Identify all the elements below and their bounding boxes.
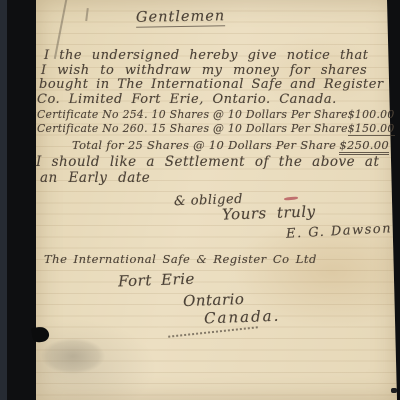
- body-line-2: I wish to withdraw my money for shares: [41, 63, 367, 78]
- certificate-line-2: Certificate No 260. 15 Shares @ 10 Dolla…: [37, 122, 389, 136]
- total-line: Total for 25 Shares @ 10 Dollars Per Sha…: [72, 138, 389, 155]
- body-line-5: I should like a Settlement of the above …: [36, 154, 379, 170]
- recipient-country: Canada.: [204, 307, 281, 328]
- recipient-company: The International Safe & Register Co Ltd: [44, 252, 317, 266]
- total-text: Total for 25 Shares @ 10 Dollars Per Sha…: [72, 138, 336, 155]
- body-line-4: Co. Limited Fort Erie, Ontario. Canada.: [37, 92, 337, 107]
- recipient-town: Fort Erie: [118, 270, 195, 291]
- body-line-6: an Early date: [40, 170, 150, 186]
- body-line-3: bought in The International Safe and Reg…: [39, 77, 384, 92]
- body-line-1: I the undersigned hereby give notice tha…: [44, 48, 369, 63]
- dark-speck: [391, 388, 397, 393]
- certificate-1-text: Certificate No 254. 10 Shares @ 10 Dolla…: [37, 108, 348, 121]
- valediction: Yours truly: [222, 202, 316, 223]
- scanned-letter-background: Gentlemen I the undersigned hereby give …: [0, 0, 400, 400]
- total-amount: $250.00: [339, 138, 389, 155]
- certificate-2-text: Certificate No 260. 15 Shares @ 10 Dolla…: [37, 122, 348, 136]
- salutation: Gentlemen: [136, 8, 226, 28]
- certificate-2-amount: $150.00: [348, 122, 395, 136]
- recipient-province: Ontario: [183, 290, 245, 310]
- certificate-line-1: Certificate No 254. 10 Shares @ 10 Dolla…: [37, 108, 389, 121]
- scan-left-edge: [0, 0, 7, 400]
- certificate-1-amount: $100.00: [348, 108, 395, 121]
